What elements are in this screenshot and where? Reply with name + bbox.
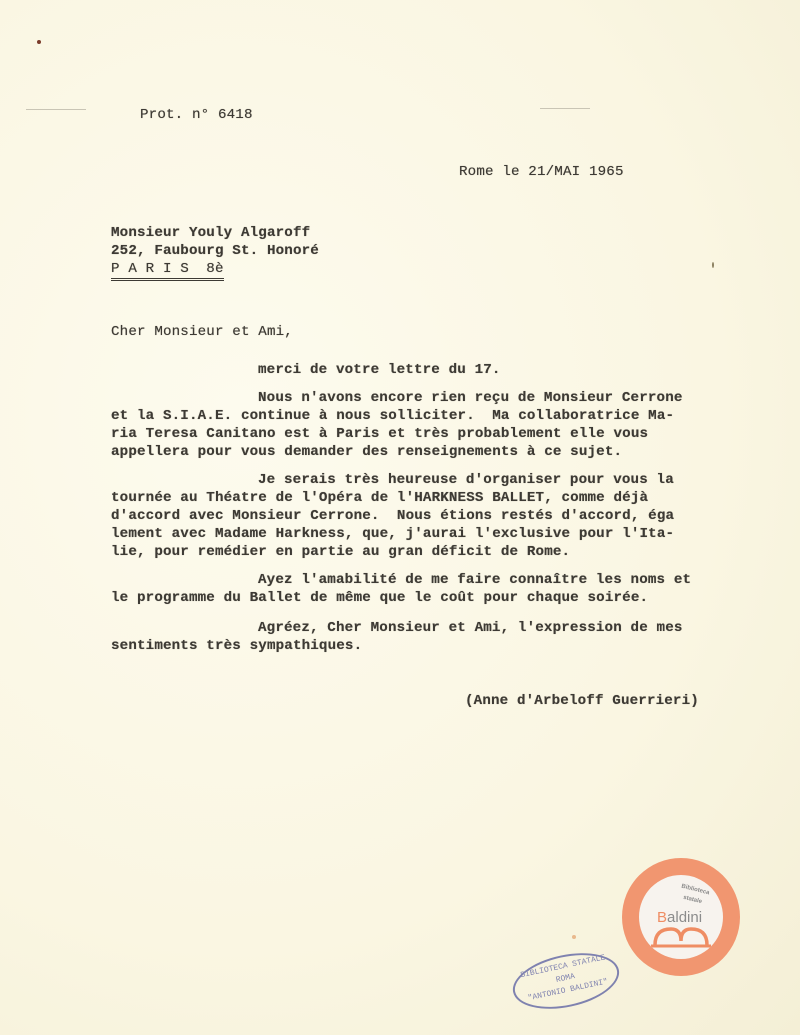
paragraph-line: Ayez l'amabilité de me faire connaître l… <box>258 572 691 588</box>
paragraph-line: Nous n'avons encore rien reçu de Monsieu… <box>258 390 683 406</box>
paragraph-line: d'accord avec Monsieur Cerrone. Nous éti… <box>111 508 674 524</box>
paragraph-line: et la S.I.A.E. continue à nous sollicite… <box>111 408 674 424</box>
ink-speck <box>572 935 576 939</box>
recipient-street: 252, Faubourg St. Honoré <box>111 243 319 259</box>
paragraph-line: lie, pour remédier en partie au gran déf… <box>111 544 570 560</box>
recipient-name: Monsieur Youly Algaroff <box>111 225 310 241</box>
protocol-number: Prot. n° 6418 <box>140 107 253 123</box>
paragraph-line: merci de votre lettre du 17. <box>258 362 501 378</box>
ink-speck <box>712 262 714 268</box>
paragraph-line: Je serais très heureuse d'organiser pour… <box>258 472 674 488</box>
date-line: Rome le 21/MAI 1965 <box>459 164 624 180</box>
open-book-icon <box>639 875 723 959</box>
paragraph-line: lement avec Madame Harkness, que, j'aura… <box>111 526 674 542</box>
library-logo: Biblioteca statale Baldini <box>622 858 740 976</box>
salutation: Cher Monsieur et Ami, <box>111 324 293 340</box>
paragraph-line: le programme du Ballet de même que le co… <box>111 590 648 606</box>
paragraph-line: Agréez, Cher Monsieur et Ami, l'expressi… <box>258 620 683 636</box>
library-logo-inner: Biblioteca statale Baldini <box>639 875 723 959</box>
paragraph-line: appellera pour vous demander des renseig… <box>111 444 622 460</box>
paragraph-line: ria Teresa Canitano est à Paris et très … <box>111 426 648 442</box>
recipient-city: P A R I S 8è <box>111 261 224 281</box>
margin-mark <box>26 109 86 110</box>
ink-speck <box>37 40 41 44</box>
signature: (Anne d'Arbeloff Guerrieri) <box>465 693 699 709</box>
paragraph-line: tournée au Théatre de l'Opéra de l'HARKN… <box>111 490 648 506</box>
paragraph-line: sentiments très sympathiques. <box>111 638 362 654</box>
margin-mark <box>540 108 590 109</box>
